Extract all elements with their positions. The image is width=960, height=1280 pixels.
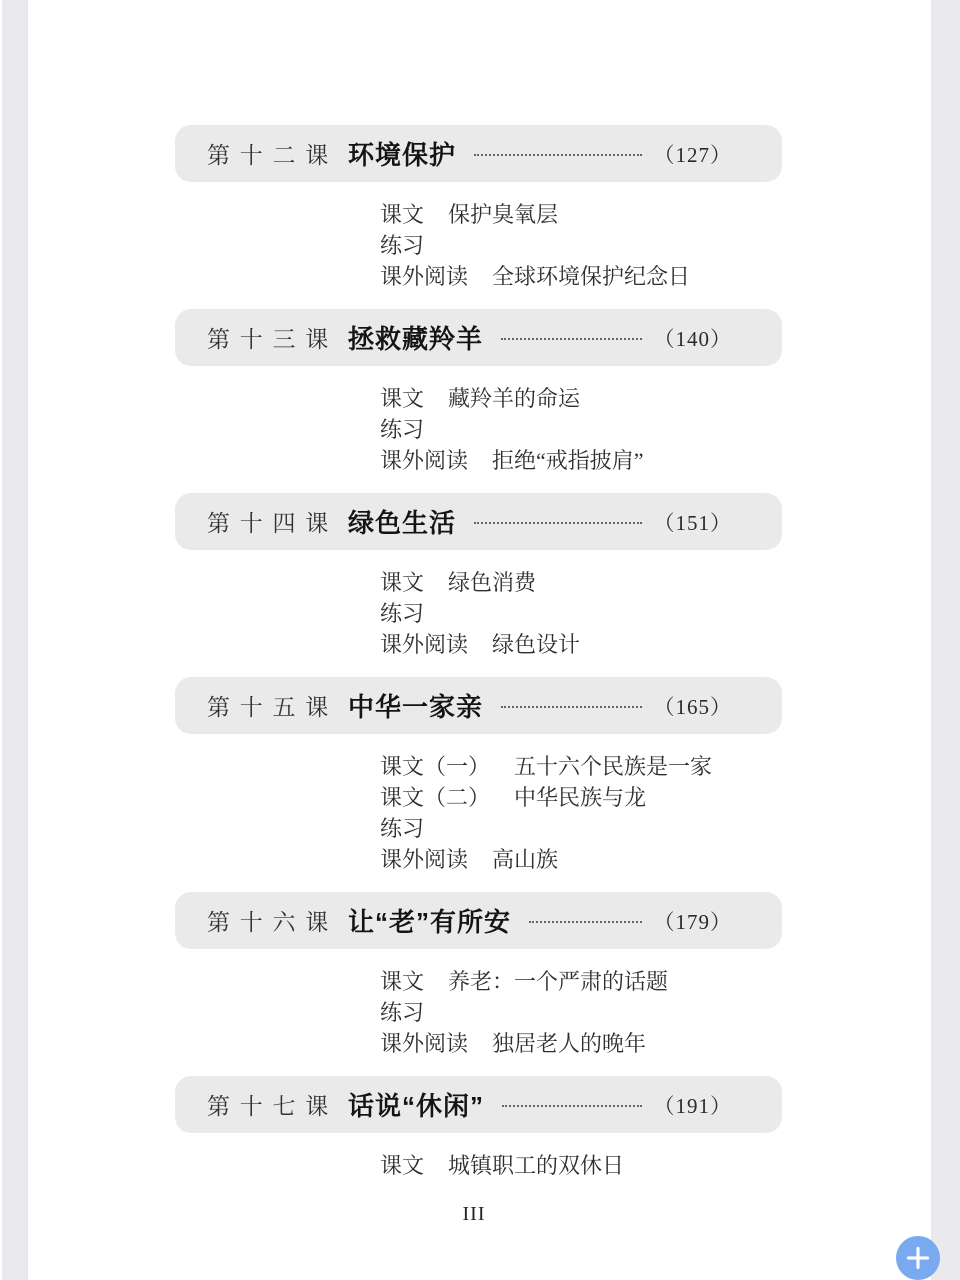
toc-subitem: 课外阅读绿色设计 [380,629,960,660]
subitem-text: 拒绝“戒指披肩” [492,448,644,473]
lesson-sublist: 课文藏羚羊的命运 练习 课外阅读拒绝“戒指披肩” [380,383,960,476]
lesson-header-bar: 第 十 六 课 让“老”有所安 （179） [175,892,782,949]
lesson-sublist: 课文保护臭氧层 练习 课外阅读全球环境保护纪念日 [380,199,960,292]
subitem-label: 课文 [380,1153,424,1178]
lesson-header-bar: 第 十 五 课 中华一家亲 （165） [175,677,782,734]
subitem-text: 养老：一个严肃的话题 [448,969,668,994]
lesson-header-bar: 第 十 二 课 环境保护 （127） [175,125,782,182]
lesson-number: 第 十 三 课 [207,321,348,354]
toc-subitem: 练习 [380,813,960,844]
subitem-text: 绿色消费 [448,570,536,595]
lesson-number: 第 十 五 课 [207,689,348,722]
toc-subitem: 课外阅读拒绝“戒指披肩” [380,445,960,476]
subitem-label: 课文 [380,202,424,227]
toc-subitem: 练习 [380,997,960,1028]
lesson-page-number: （191） [654,1090,733,1120]
dotted-leader [502,1105,641,1107]
lesson-page-number: （151） [654,507,733,537]
subitem-text: 保护臭氧层 [448,202,558,227]
lesson-page-number: （179） [654,906,733,936]
toc-lesson-section: 第 十 四 课 绿色生活 （151） 课文绿色消费 练习 课外阅读绿色设计 [175,493,782,660]
dotted-leader [474,154,641,156]
lesson-sublist: 课文绿色消费 练习 课外阅读绿色设计 [380,567,960,660]
subitem-text: 绿色设计 [492,632,580,657]
subitem-text: 城镇职工的双休日 [448,1153,624,1178]
subitem-label: 练习 [380,601,424,626]
subitem-label: 练习 [380,1000,424,1025]
subitem-label: 练习 [380,233,424,258]
toc-lesson-section: 第 十 七 课 话说“休闲” （191） 课文城镇职工的双休日 [175,1076,782,1181]
subitem-label: 课外阅读 [380,632,468,657]
toc-lesson-section: 第 十 三 课 拯救藏羚羊 （140） 课文藏羚羊的命运 练习 课外阅读拒绝“戒… [175,309,782,476]
subitem-label: 课外阅读 [380,448,468,473]
subitem-text: 藏羚羊的命运 [448,386,580,411]
subitem-label: 课文 [380,386,424,411]
toc-subitem: 课文（一）五十六个民族是一家 [380,751,960,782]
lesson-title: 绿色生活 [348,503,456,540]
lesson-number: 第 十 七 课 [207,1088,348,1121]
subitem-text: 五十六个民族是一家 [514,754,712,779]
toc-content: 第 十 二 课 环境保护 （127） 课文保护臭氧层 练习 课外阅读全球环境保护… [175,125,782,1198]
subitem-label: 课外阅读 [380,847,468,872]
toc-subitem: 课文绿色消费 [380,567,960,598]
lesson-page-number: （127） [654,139,733,169]
lesson-title: 环境保护 [348,135,456,172]
subitem-label: 课外阅读 [380,1031,468,1056]
toc-subitem: 练习 [380,230,960,261]
left-page-edge [2,0,28,1280]
lesson-page-number: （165） [654,691,733,721]
toc-subitem: 课文藏羚羊的命运 [380,383,960,414]
subitem-text: 独居老人的晚年 [492,1031,646,1056]
dotted-leader [529,921,641,923]
lesson-title: 话说“休闲” [348,1086,484,1123]
lesson-sublist: 课文（一）五十六个民族是一家 课文（二）中华民族与龙 练习 课外阅读高山族 [380,751,960,875]
subitem-label: 课文（二） [380,785,490,810]
toc-lesson-section: 第 十 五 课 中华一家亲 （165） 课文（一）五十六个民族是一家 课文（二）… [175,677,782,875]
lesson-header-bar: 第 十 四 课 绿色生活 （151） [175,493,782,550]
lesson-number: 第 十 四 课 [207,505,348,538]
toc-subitem: 课文保护臭氧层 [380,199,960,230]
subitem-text: 高山族 [492,847,558,872]
toc-subitem: 练习 [380,598,960,629]
dotted-leader [501,338,641,340]
lesson-sublist: 课文城镇职工的双休日 [380,1150,960,1181]
dotted-leader [501,706,641,708]
page-number-footer: III [0,1203,948,1226]
toc-subitem: 课外阅读独居老人的晚年 [380,1028,960,1059]
lesson-title: 让“老”有所安 [348,902,511,939]
lesson-title: 拯救藏羚羊 [348,319,483,356]
lesson-header-bar: 第 十 七 课 话说“休闲” （191） [175,1076,782,1133]
book-page: 第 十 二 课 环境保护 （127） 课文保护臭氧层 练习 课外阅读全球环境保护… [0,0,960,1280]
toc-subitem: 练习 [380,414,960,445]
toc-subitem: 课文城镇职工的双休日 [380,1150,960,1181]
subitem-text: 全球环境保护纪念日 [492,264,690,289]
lesson-header-bar: 第 十 三 课 拯救藏羚羊 （140） [175,309,782,366]
toc-subitem: 课文养老：一个严肃的话题 [380,966,960,997]
toc-subitem: 课外阅读高山族 [380,844,960,875]
subitem-text: 中华民族与龙 [514,785,646,810]
subitem-label: 课文（一） [380,754,490,779]
lesson-sublist: 课文养老：一个严肃的话题 练习 课外阅读独居老人的晚年 [380,966,960,1059]
toc-lesson-section: 第 十 二 课 环境保护 （127） 课文保护臭氧层 练习 课外阅读全球环境保护… [175,125,782,292]
subitem-label: 练习 [380,417,424,442]
lesson-title: 中华一家亲 [348,687,483,724]
toc-lesson-section: 第 十 六 课 让“老”有所安 （179） 课文养老：一个严肃的话题 练习 课外… [175,892,782,1059]
subitem-label: 练习 [380,816,424,841]
subitem-label: 课外阅读 [380,264,468,289]
plus-icon [906,1246,930,1270]
lesson-page-number: （140） [654,323,733,353]
dotted-leader [474,522,641,524]
add-button[interactable] [896,1236,940,1280]
toc-subitem: 课文（二）中华民族与龙 [380,782,960,813]
subitem-label: 课文 [380,969,424,994]
toc-subitem: 课外阅读全球环境保护纪念日 [380,261,960,292]
lesson-number: 第 十 二 课 [207,137,348,170]
lesson-number: 第 十 六 课 [207,904,348,937]
subitem-label: 课文 [380,570,424,595]
